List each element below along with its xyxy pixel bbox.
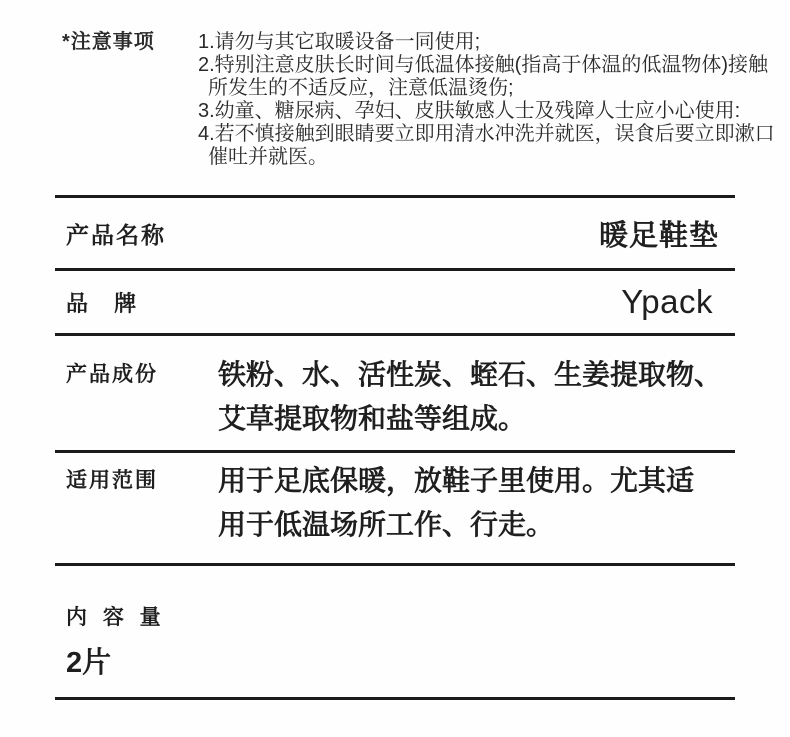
scope-label: 适用范围 [66, 459, 218, 503]
notice-section: *注意事项 1.请勿与其它取暖设备一同使用; 2.特别注意皮肤长时间与低温体接触… [55, 0, 735, 195]
ingredients-line-2: 艾草提取物和盐等组成。 [218, 397, 719, 441]
notice-list: 1.请勿与其它取暖设备一同使用; 2.特别注意皮肤长时间与低温体接触(指高于体温… [198, 31, 735, 195]
scope-line-2: 用于低温场所工作、行走。 [218, 503, 719, 547]
ingredients-line-1: 铁粉、水、活性炭、蛭石、生姜提取物、 [218, 353, 719, 397]
spec-row-quantity: 内 容 量 2片 [55, 566, 735, 697]
product-name-label: 产品名称 [66, 217, 166, 250]
notice-item-2: 2.特别注意皮肤长时间与低温体接触(指高于体温的低温物体)接触 [198, 54, 735, 77]
notice-label: *注意事项 [62, 31, 198, 195]
ingredients-label: 产品成份 [66, 353, 218, 397]
ingredients-content: 铁粉、水、活性炭、蛭石、生姜提取物、 艾草提取物和盐等组成。 [218, 353, 719, 441]
brand-label: 品 牌 [66, 287, 138, 318]
divider-line [55, 697, 735, 700]
spec-row-brand: 品 牌 Ypack [55, 271, 735, 333]
notice-item-3: 3.幼童、糖尿病、孕妇、皮肤敏感人士及残障人士应小心使用: [198, 100, 735, 123]
product-spec-sheet: *注意事项 1.请勿与其它取暖设备一同使用; 2.特别注意皮肤长时间与低温体接触… [0, 0, 790, 737]
notice-item-1: 1.请勿与其它取暖设备一同使用; [198, 31, 735, 54]
scope-content: 用于足底保暖，放鞋子里使用。尤其适 用于低温场所工作、行走。 [218, 459, 719, 547]
notice-item-2-continued: 所发生的不适反应，注意低温烫伤; [198, 77, 735, 100]
spec-row-ingredients: 产品成份 铁粉、水、活性炭、蛭石、生姜提取物、 艾草提取物和盐等组成。 [55, 336, 735, 450]
quantity-value: 2片 [66, 647, 735, 679]
notice-item-4: 4.若不慎接触到眼睛要立即用清水冲洗并就医，误食后要立即漱口 [198, 123, 735, 146]
spec-row-product-name: 产品名称 暖足鞋垫 [55, 198, 735, 268]
spec-row-scope: 适用范围 用于足底保暖，放鞋子里使用。尤其适 用于低温场所工作、行走。 [55, 453, 735, 563]
quantity-label: 内 容 量 [66, 606, 735, 630]
notice-item-4-continued: 催吐并就医。 [198, 146, 735, 169]
brand-value: Ypack [621, 283, 719, 321]
product-name-value: 暖足鞋垫 [599, 213, 719, 254]
scope-line-1: 用于足底保暖，放鞋子里使用。尤其适 [218, 459, 719, 503]
